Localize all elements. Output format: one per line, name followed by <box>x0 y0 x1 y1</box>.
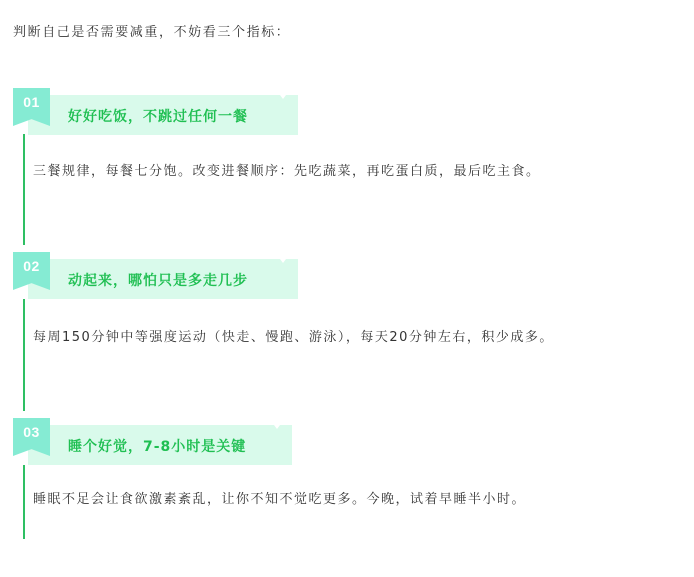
notch-decoration-icon <box>280 259 286 263</box>
tip-title: 好好吃饭，不跳过任何一餐 <box>68 106 248 126</box>
notch-decoration-icon <box>280 95 286 99</box>
tip-body: 每周150分钟中等强度运动（快走、慢跑、游泳），每天20分钟左右，积少成多。 <box>33 329 554 347</box>
tip-title-bar: 动起来，哪怕只是多走几步 <box>28 259 298 299</box>
tip-title-bar: 好好吃饭，不跳过任何一餐 <box>28 95 298 135</box>
notch-decoration-icon <box>274 425 280 429</box>
tip-body: 三餐规律，每餐七分饱。改变进餐顺序：先吃蔬菜，再吃蛋白质，最后吃主食。 <box>33 163 541 181</box>
tip-body: 睡眠不足会让食欲激素紊乱，让你不知不觉吃更多。今晚，试着早睡半小时。 <box>33 491 526 509</box>
tip-title: 睡个好觉，7-8小时是关键 <box>68 436 246 456</box>
timeline-line <box>23 465 25 539</box>
timeline-line <box>23 299 25 411</box>
tip-title-bar: 睡个好觉，7-8小时是关键 <box>28 425 292 465</box>
timeline-line <box>23 134 25 245</box>
intro-text: 判断自己是否需要减重，不妨看三个指标： <box>13 24 290 42</box>
tip-title: 动起来，哪怕只是多走几步 <box>68 270 248 290</box>
